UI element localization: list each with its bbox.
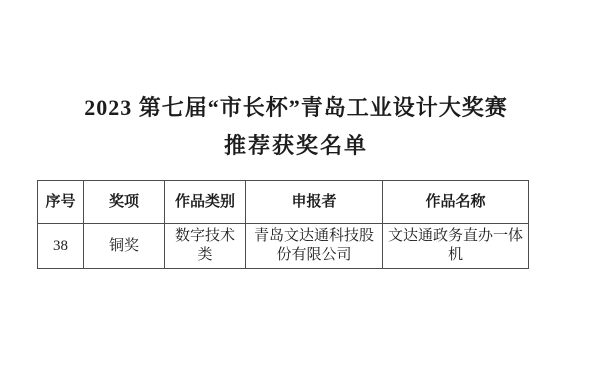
cell-index: 38: [38, 224, 84, 269]
col-header-applicant: 申报者: [246, 181, 383, 224]
col-header-award: 奖项: [84, 181, 165, 224]
document-subtitle: 推荐获奖名单: [0, 129, 592, 160]
cell-work-name: 文达通政务直办一体机: [383, 224, 529, 269]
document-page: 2023 第七届“市长杯”青岛工业设计大奖赛 推荐获奖名单 序号 奖项 作品类别…: [0, 0, 592, 376]
col-header-index: 序号: [38, 181, 84, 224]
col-header-work-name: 作品名称: [383, 181, 529, 224]
table-row: 38 铜奖 数字技术类 青岛文达通科技股份有限公司 文达通政务直办一体机: [38, 224, 529, 269]
cell-category: 数字技术类: [165, 224, 246, 269]
cell-award: 铜奖: [84, 224, 165, 269]
document-title: 2023 第七届“市长杯”青岛工业设计大奖赛: [0, 91, 592, 122]
cell-applicant: 青岛文达通科技股份有限公司: [246, 224, 383, 269]
table-header-row: 序号 奖项 作品类别 申报者 作品名称: [38, 181, 529, 224]
award-table: 序号 奖项 作品类别 申报者 作品名称 38 铜奖 数字技术类 青岛文达通科技股…: [37, 180, 529, 269]
col-header-category: 作品类别: [165, 181, 246, 224]
